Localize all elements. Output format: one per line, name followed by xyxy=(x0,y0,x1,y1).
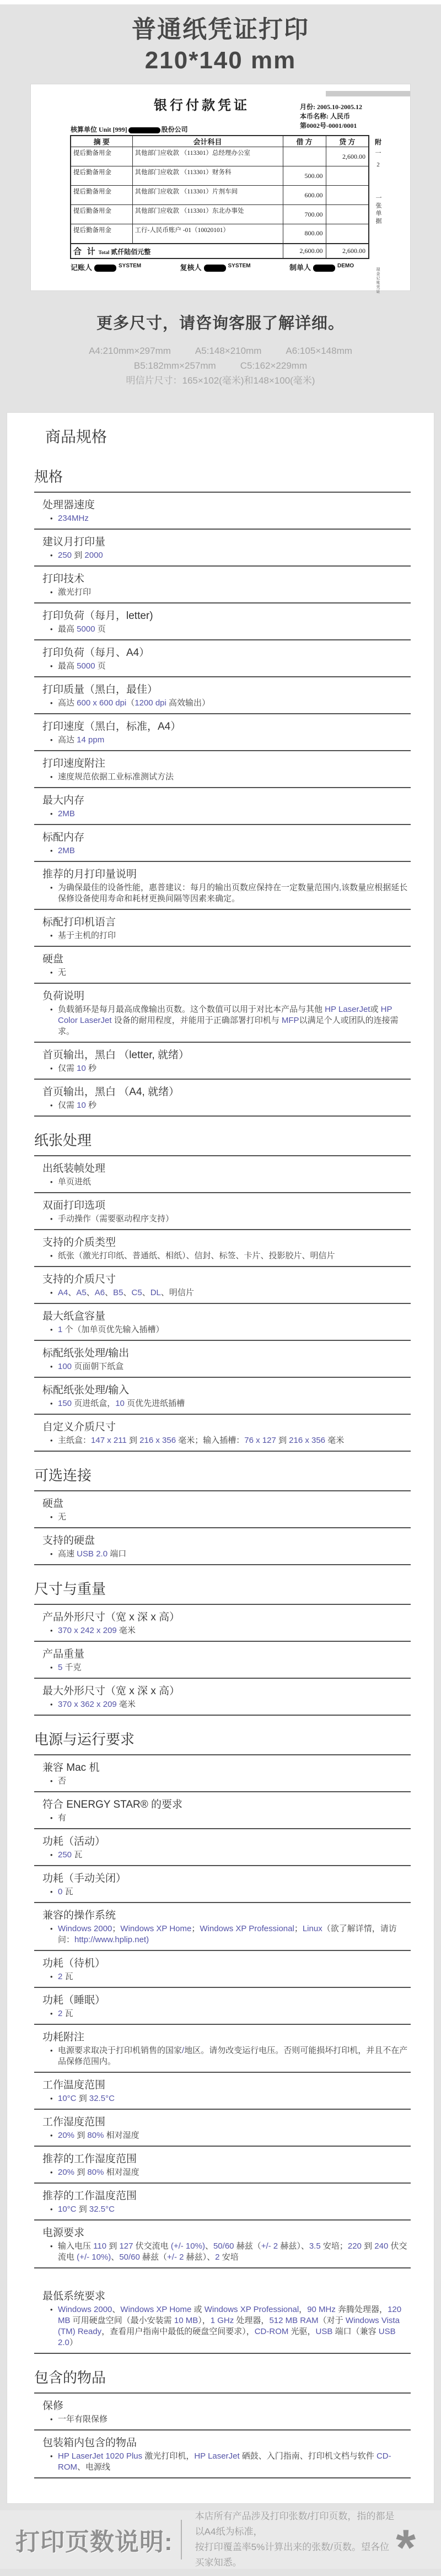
spec-value: 否 xyxy=(42,1776,411,1787)
voucher-meta: 月份: 2005.10-2005.12 本币名称: 人民币 第0002号-000… xyxy=(300,103,362,131)
spec-value: 370 x 362 x 209 毫米 xyxy=(42,1699,411,1710)
spec-row-values: 2MB xyxy=(42,809,411,820)
spec-row-title: 最大外形尺寸（宽 x 深 x 高） xyxy=(42,1685,411,1698)
spec-value: 1 个（加单页优先输入插槽） xyxy=(42,1324,411,1335)
spec-row-title: 处理器速度 xyxy=(42,499,411,512)
spec-row-values: 无 xyxy=(42,967,411,978)
spec-value: 最高 5000 页 xyxy=(42,624,411,635)
spec-row-title: 建议月打印量 xyxy=(42,536,411,549)
spec-row-values: 仅需 10 秒 xyxy=(42,1100,411,1111)
col-header-debit: 借 方 xyxy=(283,136,326,147)
footer-text: 本店所有产品涉及打印张数/打印页数，指的都是以A4纸为标准， 按打印覆盖率5%计… xyxy=(195,2509,396,2570)
spec-section-title: 规格 xyxy=(34,467,411,493)
spec-value: 最高 5000 页 xyxy=(42,661,411,672)
col-header-account: 会计科目 xyxy=(132,136,283,147)
spec-row: 保修 一年有限保修 xyxy=(34,2394,411,2431)
voucher-signers: 记账人SYSTEM复核人SYSTEM制单人DEMO xyxy=(31,262,410,273)
spec-value: Windows 2000；Windows XP Home；Windows XP … xyxy=(42,1923,411,1946)
voucher-signer: 记账人SYSTEM xyxy=(71,262,141,273)
spec-value: 主纸盒：147 x 211 到 216 x 356 毫米；输入插槽：76 x 1… xyxy=(42,1435,411,1446)
spec-row-values: 5 千克 xyxy=(42,1662,411,1673)
spec-row: 功耗（手动关闭） 0 瓦 xyxy=(34,1866,411,1903)
spec-row-title: 最低系统要求 xyxy=(42,2290,411,2303)
spec-row: 功耗（待机） 2 瓦 xyxy=(34,1951,411,1988)
voucher-table: 摘 要 会计科目 借 方 贷 方 提后勤备用金其他部门应收款 （113301）总… xyxy=(70,135,369,259)
paper-size-item: B5:182mm×257mm xyxy=(134,358,216,373)
spec-row-title: 打印负荷（每月，letter) xyxy=(42,610,411,623)
spec-section-title: 可选连接 xyxy=(34,1466,411,1491)
redaction-blob xyxy=(128,127,160,133)
spec-row-title: 打印速度附注 xyxy=(42,757,411,770)
spec-row: 兼容 Mac 机 否 xyxy=(34,1755,411,1792)
spec-row-values: 单页进纸 xyxy=(42,1177,411,1188)
footer-title: 打印页数说明: xyxy=(15,2522,173,2557)
spec-value: 10°C 到 32.5°C xyxy=(42,2204,411,2215)
spec-row: 自定义介质尺寸 主纸盒：147 x 211 到 216 x 356 毫米；输入插… xyxy=(34,1415,411,1452)
spec-row-title: 功耗（待机） xyxy=(42,1957,411,1970)
voucher-total-debit: 2,600.00 xyxy=(283,244,326,258)
spec-row-title: 符合 ENERGY STAR® 的要求 xyxy=(42,1798,411,1812)
voucher-unit-prefix: 核算单位 Unit [999] xyxy=(71,126,127,133)
spec-section-title: 尺寸与重量 xyxy=(34,1580,411,1605)
spec-row: 最大纸盒容量 1 个（加单页优先输入插槽） xyxy=(34,1304,411,1341)
spec-row: 处理器速度 234MHz xyxy=(34,493,411,530)
spec-row-title: 功耗附注 xyxy=(42,2031,411,2044)
spec-row: 功耗（活动） 250 瓦 xyxy=(34,1829,411,1866)
spec-row-title: 负荷说明 xyxy=(42,990,411,1003)
spec-row-values: HP LaserJet 1020 Plus 激光打印机，HP LaserJet … xyxy=(42,2451,411,2473)
paper-size-line: A4:210mm×297mmA5:148×210mmA6:105×148mm xyxy=(0,343,441,358)
paper-size-item: C5:162×229mm xyxy=(240,358,307,373)
spec-value: 激光打印 xyxy=(42,587,411,598)
spec-row: 标配纸张处理/输出 100 页面朝下纸盒 xyxy=(34,1341,411,1378)
spec-row-values: 250 瓦 xyxy=(42,1850,411,1861)
paper-size-list: A4:210mm×297mmA5:148×210mmA6:105×148mmB5… xyxy=(0,343,441,402)
spec-row: 标配纸张处理/输入 150 页进纸盒，10 页优先进纸插槽 xyxy=(34,1378,411,1415)
voucher-number: 第0002号-0001/0001 xyxy=(300,121,362,131)
spec-value: 纸张（激光打印纸、普通纸、相纸）、信封、标签、卡片、投影胶片、明信片 xyxy=(42,1251,411,1262)
spec-row-values: 2 瓦 xyxy=(42,1971,411,1982)
spec-value: Windows 2000、Windows XP Home 或 Windows X… xyxy=(42,2304,411,2348)
spec-row: 推荐的工作温度范围 10°C 到 32.5°C xyxy=(34,2184,411,2221)
spec-row: 推荐的月打印量说明 为确保最佳的设备性能，惠普建议：每月的输出页数应保持在一定数… xyxy=(34,862,411,910)
spec-row: 负荷说明 负载循环是每月最高成像输出页数。这个数值可以用于对比本产品与其他 HP… xyxy=(34,984,411,1043)
spec-row-values: 高速 USB 2.0 端口 xyxy=(42,1549,411,1560)
side-attach-label: 附 xyxy=(375,137,381,147)
spec-sections: 规格 处理器速度 234MHz 建议月打印量 250 到 2000 打印技术 激… xyxy=(34,467,411,2478)
spec-row-title: 推荐的工作湿度范围 xyxy=(42,2153,411,2166)
footer-text-line1: 本店所有产品涉及打印张数/打印页数，指的都是以A4纸为标准， xyxy=(195,2509,396,2540)
footer-note: 打印页数说明: 本店所有产品涉及打印张数/打印页数，指的都是以A4纸为标准， 按… xyxy=(0,2510,441,2569)
spec-row-title: 最大内存 xyxy=(42,794,411,807)
spec-row: 兼容的操作系统 Windows 2000；Windows XP Home；Win… xyxy=(34,1903,411,1951)
paper-size-item: 明信片尺寸：165×102(毫米)和148×100(毫米) xyxy=(126,373,315,388)
spec-row-title: 功耗（睡眠） xyxy=(42,1994,411,2007)
product-spec-panel: 商品规格 规格 处理器速度 234MHz 建议月打印量 250 到 2000 打… xyxy=(7,412,434,2504)
spec-value: 有 xyxy=(42,1813,411,1824)
spec-row-title: 硬盘 xyxy=(42,1497,411,1511)
voucher-unit-suffix: 股份公司 xyxy=(162,126,188,133)
spec-value: 100 页面朝下纸盒 xyxy=(42,1361,411,1372)
spec-row-values: 负载循环是每月最高成像输出页数。这个数值可以用于对比本产品与其他 HP Lase… xyxy=(42,1004,411,1037)
voucher-signer: 制单人DEMO xyxy=(289,262,354,273)
side-attach-count: 2 xyxy=(377,161,380,168)
spec-row-values: 20% 到 80% 相对湿度 xyxy=(42,2130,411,2141)
spec-row-title: 电源要求 xyxy=(42,2227,411,2240)
spec-row: 支持的硬盘 高速 USB 2.0 端口 xyxy=(34,1528,411,1565)
spec-value: 一年有限保修 xyxy=(42,2414,411,2425)
spec-row-title: 最大纸盒容量 xyxy=(42,1310,411,1323)
spec-row: 硬盘 无 xyxy=(34,947,411,984)
spec-row-values: 最高 5000 页 xyxy=(42,661,411,672)
spec-value: 2MB xyxy=(42,845,411,856)
spec-value: 电源要求取决于打印机销售的国家/地区。请勿改变运行电压。否则可能损坏打印机，并且… xyxy=(42,2045,411,2067)
spec-row-values: 仅需 10 秒 xyxy=(42,1063,411,1074)
spec-row: 标配内存 2MB xyxy=(34,825,411,862)
spec-value: 为确保最佳的设备性能，惠普建议：每月的输出页数应保持在一定数量范围内,该数量应根… xyxy=(42,882,411,904)
spec-section: 尺寸与重量 产品外形尺寸（宽 x 深 x 高） 370 x 242 x 209 … xyxy=(34,1580,411,1716)
top-strip xyxy=(0,0,441,4)
spec-row: 打印负荷（每月、A4） 最高 5000 页 xyxy=(34,640,411,677)
more-sizes-heading: 更多尺寸，请咨询客服了解详细。 xyxy=(0,311,441,333)
spec-row-title: 首页输出，黑白 （letter, 就绪） xyxy=(42,1049,411,1062)
spec-row-values: 否 xyxy=(42,1776,411,1787)
spec-value: 250 瓦 xyxy=(42,1850,411,1861)
voucher-table-header: 摘 要 会计科目 借 方 贷 方 xyxy=(71,136,369,147)
spec-row-values: 234MHz xyxy=(42,513,411,524)
spec-value: 2MB xyxy=(42,809,411,820)
spec-value: 输入电压 110 到 127 伏交流电 (+/- 10%)、50/60 赫兹（+… xyxy=(42,2241,411,2263)
spec-row-title: 产品外形尺寸（宽 x 深 x 高） xyxy=(42,1611,411,1624)
spec-value: 2 瓦 xyxy=(42,1971,411,1982)
spec-row-values: 为确保最佳的设备性能，惠普建议：每月的输出页数应保持在一定数量范围内,该数量应根… xyxy=(42,882,411,904)
paper-size-line: B5:182mm×257mmC5:162×229mm xyxy=(0,358,441,373)
spec-value: 基于主机的打印 xyxy=(42,930,411,941)
spec-row-values: 电源要求取决于打印机销售的国家/地区。请勿改变运行电压。否则可能损坏打印机，并且… xyxy=(42,2045,411,2067)
spec-value: 370 x 242 x 209 毫米 xyxy=(42,1625,411,1636)
voucher-signer: 复核人SYSTEM xyxy=(180,262,250,273)
spec-row-values: 250 到 2000 xyxy=(42,550,411,561)
spec-row-values: 输入电压 110 到 127 伏交流电 (+/- 10%)、50/60 赫兹（+… xyxy=(42,2241,411,2263)
spec-row-values: Windows 2000；Windows XP Home；Windows XP … xyxy=(42,1923,411,1946)
spec-row-title: 功耗（手动关闭） xyxy=(42,1872,411,1885)
spec-row: 产品外形尺寸（宽 x 深 x 高） 370 x 242 x 209 毫米 xyxy=(34,1605,411,1642)
spec-row-values: 10°C 到 32.5°C xyxy=(42,2204,411,2215)
spec-row: 出纸装帧处理 单页进纸 xyxy=(34,1156,411,1193)
spec-row: 硬盘 无 xyxy=(34,1491,411,1528)
spec-section-title: 包含的物品 xyxy=(34,2368,411,2394)
spec-row-values: 高达 600 x 600 dpi（1200 dpi 高效输出） xyxy=(42,698,411,709)
spec-value: 5 千克 xyxy=(42,1662,411,1673)
spec-row-title: 工作湿度范围 xyxy=(42,2116,411,2129)
spec-row-title: 包装箱内包含的物品 xyxy=(42,2437,411,2450)
spec-value: 250 到 2000 xyxy=(42,550,411,561)
spec-section: 电源与运行要求 兼容 Mac 机 否 符合 ENERGY STAR® 的要求 有… xyxy=(34,1730,411,2354)
voucher-unit-line: 核算单位 Unit [999]股份公司 xyxy=(71,125,188,134)
spec-row-title: 出纸装帧处理 xyxy=(42,1162,411,1176)
spec-value: A4、A5、A6、B5、C5、DL、明信片 xyxy=(42,1287,411,1298)
spec-value: 负载循环是每月最高成像输出页数。这个数值可以用于对比本产品与其他 HP Lase… xyxy=(42,1004,411,1037)
footer-divider xyxy=(181,2520,182,2559)
spec-row: 首页输出，黑白 （A4, 就绪） 仅需 10 秒 xyxy=(34,1080,411,1117)
spec-row: 功耗（睡眠） 2 瓦 xyxy=(34,1988,411,2025)
spec-row-title: 产品重量 xyxy=(42,1648,411,1661)
voucher-total-credit: 2,600.00 xyxy=(326,244,369,258)
spec-row-values: 高达 14 ppm xyxy=(42,735,411,746)
spec-row-values: 150 页进纸盒，10 页优先进纸插槽 xyxy=(42,1398,411,1409)
spec-value: 20% 到 80% 相对湿度 xyxy=(42,2130,411,2141)
spec-row-values: 10°C 到 32.5°C xyxy=(42,2093,411,2104)
voucher-currency: 本币名称: 人民币 xyxy=(300,112,362,121)
spec-row: 工作湿度范围 20% 到 80% 相对湿度 xyxy=(34,2110,411,2147)
spec-value: 手动操作（需要驱动程序支持） xyxy=(42,1214,411,1225)
voucher-total-label: 合 计 Total 贰仟陆佰元整 xyxy=(71,244,283,258)
spec-row-title: 推荐的工作温度范围 xyxy=(42,2190,411,2203)
spec-row: 双面打印选项 手动操作（需要驱动程序支持） xyxy=(34,1193,411,1230)
spec-row-values: 2MB xyxy=(42,845,411,856)
spec-row-title: 标配内存 xyxy=(42,831,411,844)
spec-row-values: 370 x 362 x 209 毫米 xyxy=(42,1699,411,1710)
spec-value: 仅需 10 秒 xyxy=(42,1100,411,1111)
spec-value: 仅需 10 秒 xyxy=(42,1063,411,1074)
spec-row: 工作温度范围 10°C 到 32.5°C xyxy=(34,2073,411,2110)
voucher-month: 月份: 2005.10-2005.12 xyxy=(300,103,362,112)
spec-row-title: 标配纸张处理/输入 xyxy=(42,1384,411,1397)
spec-row-values: A4、A5、A6、B5、C5、DL、明信片 xyxy=(42,1287,411,1298)
spec-value: 无 xyxy=(42,1512,411,1523)
page-title-line1: 普通纸凭证打印 xyxy=(0,14,441,45)
spec-section-title: 纸张处理 xyxy=(34,1131,411,1156)
spec-row-title: 双面打印选项 xyxy=(42,1199,411,1212)
spec-section: 规格 处理器速度 234MHz 建议月打印量 250 到 2000 打印技术 激… xyxy=(34,467,411,1117)
spec-row: 支持的介质尺寸 A4、A5、A6、B5、C5、DL、明信片 xyxy=(34,1267,411,1304)
spec-row: 支持的介质类型 纸张（激光打印纸、普通纸、相纸）、信封、标签、卡片、投影胶片、明… xyxy=(34,1230,411,1267)
spec-row-title: 推荐的月打印量说明 xyxy=(42,868,411,881)
spec-section: 包含的物品 保修 一年有限保修 包装箱内包含的物品 HP LaserJet 10… xyxy=(34,2368,411,2478)
spec-row: 最大内存 2MB xyxy=(34,788,411,825)
spec-row-title: 打印质量（黑白，最佳） xyxy=(42,683,411,697)
spec-row-title: 支持的硬盘 xyxy=(42,1534,411,1548)
spec-row-title: 硬盘 xyxy=(42,953,411,966)
spec-row-values: 最高 5000 页 xyxy=(42,624,411,635)
spec-value: 高达 14 ppm xyxy=(42,735,411,746)
spec-row: 推荐的工作湿度范围 20% 到 80% 相对湿度 xyxy=(34,2147,411,2184)
redaction-blob xyxy=(204,265,226,272)
spec-row-title: 保修 xyxy=(42,2400,411,2413)
spec-value: HP LaserJet 1020 Plus 激光打印机，HP LaserJet … xyxy=(42,2451,411,2473)
spec-value: 2 瓦 xyxy=(42,2008,411,2019)
spec-row: 打印技术 激光打印 xyxy=(34,567,411,603)
page-title-line2: 210*140 mm xyxy=(0,45,441,76)
spec-row-values: 手动操作（需要驱动程序支持） xyxy=(42,1214,411,1225)
spec-row: 符合 ENERGY STAR® 的要求 有 xyxy=(34,1792,411,1829)
spec-row-title: 首页输出，黑白 （A4, 就绪） xyxy=(42,1086,411,1099)
hero-heading-block: 普通纸凭证打印 210*140 mm xyxy=(0,4,441,76)
voucher-table-row: 提后勤备用金其他部门应收款 （113301）片剂车间600.00 xyxy=(71,186,369,205)
paper-size-item: A4:210mm×297mm xyxy=(89,343,171,358)
spec-row-values: 370 x 242 x 209 毫米 xyxy=(42,1625,411,1636)
spec-value: 速度规范依据工业标准测试方法 xyxy=(42,772,411,783)
spec-row-values: 基于主机的打印 xyxy=(42,930,411,941)
paper-size-item: A5:148×210mm xyxy=(195,343,262,358)
spec-row-title: 支持的介质尺寸 xyxy=(42,1273,411,1286)
side-sheet-note: 一张单据 xyxy=(374,195,383,225)
spec-value: 10°C 到 32.5°C xyxy=(42,2093,411,2104)
spec-row: 包装箱内包含的物品 HP LaserJet 1020 Plus 激光打印机，HP… xyxy=(34,2431,411,2478)
spec-row-values: Windows 2000、Windows XP Home 或 Windows X… xyxy=(42,2304,411,2348)
voucher-table-row: 提后勤备用金工行-人民币账户 -01（10020101）800.00 xyxy=(71,224,369,244)
spec-row: 打印速度（黑白，标准，A4） 高达 14 ppm xyxy=(34,714,411,751)
spec-row: 打印负荷（每月，letter) 最高 5000 页 xyxy=(34,603,411,640)
spec-value: 单页进纸 xyxy=(42,1177,411,1188)
spec-value: 无 xyxy=(42,967,411,978)
spec-row-title: 打印速度（黑白，标准，A4） xyxy=(42,720,411,734)
spec-row-values: 无 xyxy=(42,1512,411,1523)
spec-value: 0 瓦 xyxy=(42,1887,411,1898)
voucher-table-row: 提后勤备用金其他部门应收款 （113301）东北办事处700.00 xyxy=(71,205,369,224)
spec-row: 功耗附注 电源要求取决于打印机销售的国家/地区。请勿改变运行电压。否则可能损坏打… xyxy=(34,2025,411,2073)
spec-row-values: 速度规范依据工业标准测试方法 xyxy=(42,772,411,783)
spec-row-values: 激光打印 xyxy=(42,587,411,598)
spec-row-values: 0 瓦 xyxy=(42,1887,411,1898)
spec-section: 纸张处理 出纸装帧处理 单页进纸 双面打印选项 手动操作（需要驱动程序支持） 支… xyxy=(34,1131,411,1452)
spec-row: 打印质量（黑白，最佳） 高达 600 x 600 dpi（1200 dpi 高效… xyxy=(34,677,411,714)
spec-row-title: 自定义介质尺寸 xyxy=(42,1421,411,1434)
redaction-blob xyxy=(313,265,335,272)
voucher-title: 银行付款凭证 xyxy=(114,94,290,114)
spec-value: 高速 USB 2.0 端口 xyxy=(42,1549,411,1560)
spec-row-values: 100 页面朝下纸盒 xyxy=(42,1361,411,1372)
spec-row-values: 2 瓦 xyxy=(42,2008,411,2019)
voucher-total-row: 合 计 Total 贰仟陆佰元整 2,600.00 2,600.00 xyxy=(71,244,369,258)
side-dash: 一 xyxy=(375,148,381,157)
spec-panel-title: 商品规格 xyxy=(45,427,411,448)
spec-value: 150 页进纸盒，10 页优先进纸插槽 xyxy=(42,1398,411,1409)
spec-row-title: 功耗（活动） xyxy=(42,1835,411,1849)
spec-row-values: 有 xyxy=(42,1813,411,1824)
spec-row-values: 主纸盒：147 x 211 到 216 x 356 毫米；输入插槽：76 x 1… xyxy=(42,1435,411,1446)
voucher-table-row: 提后勤备用金其他部门应收款 （113301）财务科500.00 xyxy=(71,166,369,186)
spec-row: 最低系统要求 Windows 2000、Windows XP Home 或 Wi… xyxy=(34,2284,411,2354)
redaction-blob xyxy=(94,265,116,272)
spec-row: 建议月打印量 250 到 2000 xyxy=(34,530,411,567)
spec-row-title: 标配打印机语言 xyxy=(42,916,411,929)
voucher-table-row: 提后勤备用金其他部门应收款 （113301）总经理办公室2,600.00 xyxy=(71,147,369,166)
spec-value: 高达 600 x 600 dpi（1200 dpi 高效输出） xyxy=(42,698,411,709)
spec-row: 最大外形尺寸（宽 x 深 x 高） 370 x 362 x 209 毫米 xyxy=(34,1679,411,1716)
spec-row-title: 打印技术 xyxy=(42,573,411,586)
spec-row-title: 工作温度范围 xyxy=(42,2079,411,2092)
spec-row-title: 兼容 Mac 机 xyxy=(42,1761,411,1775)
col-header-summary: 摘 要 xyxy=(71,136,132,147)
voucher-sample-image: 银行付款凭证 月份: 2005.10-2005.12 本币名称: 人民币 第00… xyxy=(30,84,411,291)
spec-row-values: 20% 到 80% 相对湿度 xyxy=(42,2167,411,2178)
spec-row: 产品重量 5 千克 xyxy=(34,1642,411,1679)
spec-row-title: 打印负荷（每月、A4） xyxy=(42,646,411,660)
asterisk-mark: * xyxy=(396,2515,426,2564)
spec-value: 20% 到 80% 相对湿度 xyxy=(42,2167,411,2178)
redaction-bar xyxy=(326,91,410,96)
spec-row-values: 1 个（加单页优先输入插槽） xyxy=(42,1324,411,1335)
spec-value: 234MHz xyxy=(42,513,411,524)
spec-row: 电源要求 输入电压 110 到 127 伏交流电 (+/- 10%)、50/60… xyxy=(34,2221,411,2268)
spec-row-title: 支持的介质类型 xyxy=(42,1236,411,1249)
spec-row: 打印速度附注 速度规范依据工业标准测试方法 xyxy=(34,751,411,788)
col-header-credit: 贷 方 xyxy=(326,136,369,147)
spec-row-title: 兼容的操作系统 xyxy=(42,1909,411,1922)
paper-size-item: A6:105×148mm xyxy=(286,343,352,358)
spec-row-values: 纸张（激光打印纸、普通纸、相纸）、信封、标签、卡片、投影胶片、明信片 xyxy=(42,1251,411,1262)
paper-size-line: 明信片尺寸：165×102(毫米)和148×100(毫米) xyxy=(0,373,441,388)
spec-row: 首页输出，黑白 （letter, 就绪） 仅需 10 秒 xyxy=(34,1043,411,1080)
spec-section: 可选连接 硬盘 无 支持的硬盘 高速 USB 2.0 端口 xyxy=(34,1466,411,1565)
spec-row-values: 一年有限保修 xyxy=(42,2414,411,2425)
spec-section-title: 电源与运行要求 xyxy=(34,1730,411,1755)
spec-row-title: 标配纸张处理/输出 xyxy=(42,1347,411,1360)
footer-text-line2: 按打印覆盖率5%计算出来的张数/页数。望各位买家知悉。 xyxy=(195,2540,396,2570)
spec-row: 标配打印机语言 基于主机的打印 xyxy=(34,910,411,947)
